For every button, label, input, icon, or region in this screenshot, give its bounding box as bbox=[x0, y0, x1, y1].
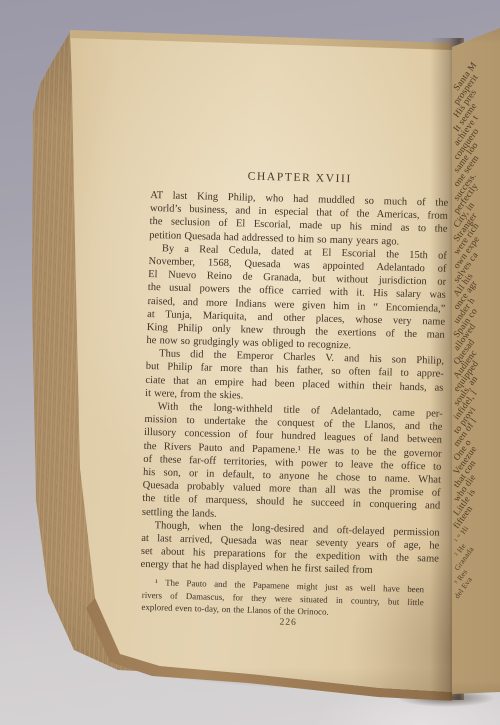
book-photo-scene: CHAPTER XVIII AT last King Philip, who h… bbox=[0, 0, 500, 725]
printed-text-block: CHAPTER XVIII AT last King Philip, who h… bbox=[139, 168, 449, 632]
paragraph: By a Real Cedula, dated at El Escorial t… bbox=[146, 242, 447, 355]
chapter-heading: CHAPTER XVIII bbox=[151, 168, 449, 188]
paragraph: With the long-withheld title of Adelanta… bbox=[142, 400, 443, 526]
paragraph: AT last King Philip, who had muddled so … bbox=[149, 189, 448, 250]
paragraph: Thus did the Emperor Charles V. and his … bbox=[145, 347, 444, 408]
footnote: ¹ The Pauto and the Papamene might just … bbox=[141, 576, 424, 620]
paragraph: Though, when the long-desired and oft-de… bbox=[140, 519, 439, 580]
body-paragraphs: AT last King Philip, who had muddled so … bbox=[140, 189, 448, 579]
open-book: CHAPTER XVIII AT last King Philip, who h… bbox=[0, 0, 500, 725]
